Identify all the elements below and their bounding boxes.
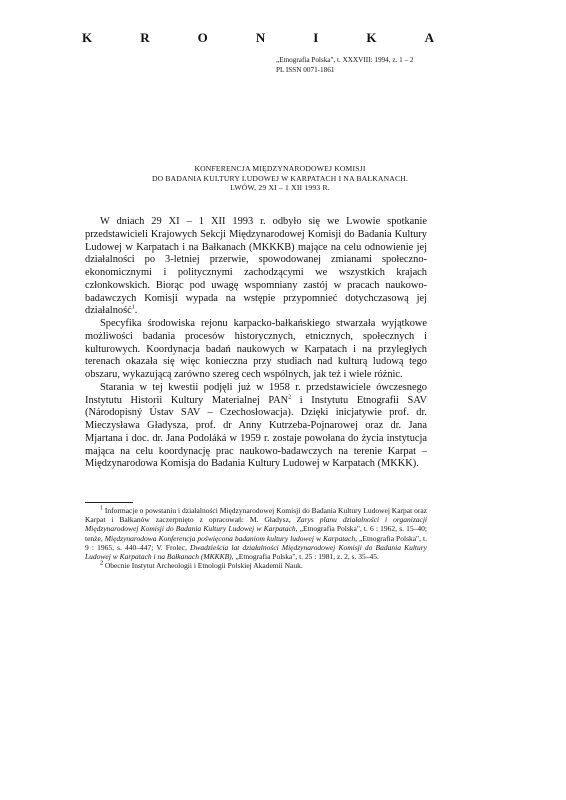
issn: PL ISSN 0071-1861 bbox=[276, 66, 413, 76]
paragraph: W dniach 29 XI – 1 XII 1993 r. odbyło si… bbox=[85, 216, 427, 318]
article-body: W dniach 29 XI – 1 XII 1993 r. odbyło si… bbox=[85, 216, 427, 471]
heading-letter: I bbox=[313, 30, 318, 46]
heading-letter: N bbox=[256, 30, 265, 46]
heading-letter: K bbox=[82, 30, 92, 46]
footnote-2: 2 Obecnie Instytut Archeologii i Etnolog… bbox=[85, 561, 427, 570]
paragraph: Specyfika środowiska rejonu karpacko-bał… bbox=[85, 318, 427, 382]
section-heading-kronika: K R O N I K A bbox=[82, 30, 434, 46]
title-line: LWÓW, 29 XI – 1 XII 1993 R. bbox=[80, 183, 480, 193]
heading-letter: O bbox=[198, 30, 208, 46]
paragraph: Starania w tej kwestii podjęli już w 195… bbox=[85, 382, 427, 471]
title-line: DO BADANIA KULTURY LUDOWEJ W KARPATACH I… bbox=[80, 174, 480, 184]
article-title: KONFERENCJA MIĘDZYNARODOWEJ KOMISJI DO B… bbox=[80, 164, 480, 193]
footnote-1: 1 Informacje o powstaniu i działalności … bbox=[85, 506, 427, 561]
journal-reference: „Etnografia Polska", t. XXXVIII: 1994, z… bbox=[276, 56, 413, 75]
footnote-divider bbox=[85, 502, 133, 503]
heading-letter: A bbox=[425, 30, 434, 46]
title-line: KONFERENCJA MIĘDZYNARODOWEJ KOMISJI bbox=[80, 164, 480, 174]
footnotes: 1 Informacje o powstaniu i działalności … bbox=[85, 506, 427, 570]
journal-citation: „Etnografia Polska", t. XXXVIII: 1994, z… bbox=[276, 56, 413, 66]
heading-letter: R bbox=[140, 30, 149, 46]
heading-letter: K bbox=[366, 30, 376, 46]
